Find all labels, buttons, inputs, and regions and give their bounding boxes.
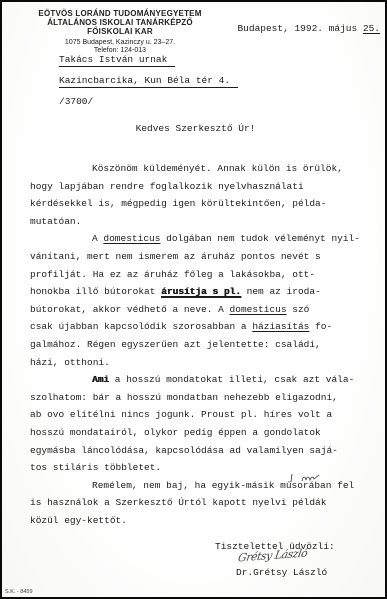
body-line: kérdésekkel is, mégpedig igen körültekin… [30, 198, 364, 216]
letterhead-address: 1075 Budapest, Kazinczy u. 23–27. [14, 39, 226, 46]
dateline: Budapest, 1992. május 25. [237, 23, 380, 34]
body-line: galmához. Régen egyszerűen azt jelentett… [30, 339, 364, 357]
body-line: Köszönöm küldeményét. Annak külön is örü… [30, 163, 364, 181]
letterhead: EÖTVÖS LORÁND TUDOMÁNYEGYETEM ÁLTALÁNOS … [14, 9, 226, 54]
body-line: közül egy-kettőt. [30, 515, 364, 533]
body-line: házi, otthoni. [30, 357, 364, 375]
scanned-letter-page: EÖTVÖS LORÁND TUDOMÁNYEGYETEM ÁLTALÁNOS … [0, 0, 387, 599]
body-line: hosszú mondatairól, olykor pedig éppen a… [30, 427, 364, 445]
letterhead-phone: Telefon: 124-013 [14, 47, 226, 54]
handwritten-mark [288, 472, 322, 484]
body-line: egymásba láncolódása, kapcsolódása ad va… [30, 445, 364, 463]
body-line: Ami a hosszú mondatokat illeti, csak azt… [30, 374, 364, 392]
body-line: mutatóan. [30, 216, 364, 234]
letterhead-university: EÖTVÖS LORÁND TUDOMÁNYEGYETEM [14, 9, 226, 18]
footer-print-code: S.K. - 8459 [5, 589, 33, 595]
letterhead-faculty-line1: ÁLTALÁNOS ISKOLAI TANÁRKÉPZŐ [14, 18, 226, 27]
body-line: ab ovo elítélni nincs jogunk. Proust pl.… [30, 409, 364, 427]
body-line: hogy lapjában rendre foglalkozik nyelvha… [30, 181, 364, 199]
addressee-city: Kazincbarcika, Kun Béla tér 4. [59, 75, 238, 96]
addressee-zip: /3700/ [59, 96, 238, 117]
addressee-block: Takács István urnak Kazincbarcika, Kun B… [59, 54, 238, 117]
letterhead-faculty-line2: FŐISKOLAI KAR [14, 27, 226, 36]
body-line: vánítani, mert nem ismerem az áruház pon… [30, 251, 364, 269]
dateline-prefix: Budapest, 1992. május [237, 23, 362, 34]
body-line: is használok a Szerkesztő Úrtól kapott n… [30, 497, 364, 515]
body-line: szolhatom: bár a hosszú mondatban neheze… [30, 392, 364, 410]
signature-printed-name: Dr.Grétsy László [236, 567, 327, 578]
body-line: A domesticus dolgában nem tudok vélemény… [30, 233, 364, 251]
addressee-name: Takács István urnak [59, 54, 238, 75]
dateline-day: 25. [363, 23, 380, 34]
body-line: csak újabban kapcsolódik szorosabban a h… [30, 321, 364, 339]
body-line: bútorokat, akkor védhető a neve. A domes… [30, 304, 364, 322]
body-line: profilját. Ha ez az áruház főleg a lakás… [30, 269, 364, 287]
salutation: Kedves Szerkesztő Úr! [2, 123, 387, 134]
body-line: honokba illő bútorokat árusítja s pl. ne… [30, 286, 364, 304]
